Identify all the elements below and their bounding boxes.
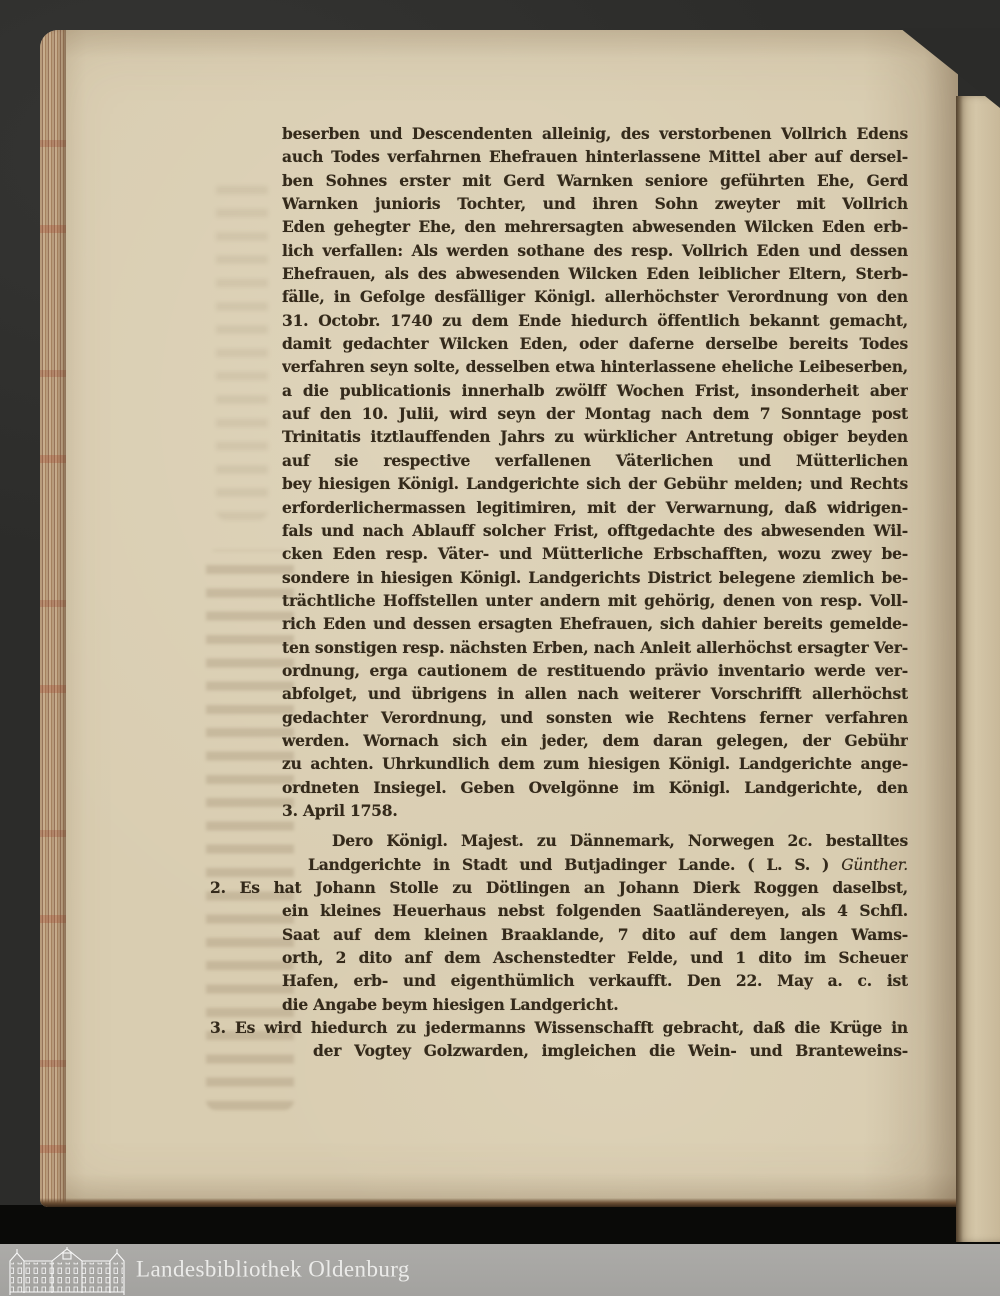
seal-mark: ( L. S. )	[747, 855, 829, 874]
text-line: Eden gehegter Ehe, den mehrersagten abwe…	[282, 215, 908, 238]
text-line: Ehefrauen, als des abwesenden Wilcken Ed…	[282, 262, 908, 285]
signature-line: Landgerichte in Stadt und Butjadinger La…	[308, 853, 908, 876]
text-line: Hafen, erb- und eigenthümlich verkaufft.…	[282, 969, 908, 992]
text-line: rich Eden und dessen ersagten Ehefrauen,…	[282, 612, 908, 635]
text-line: zu achten. Uhrkundlich dem zum hiesigen …	[282, 752, 908, 775]
entry-2-first-line: 2. Es hat Johann Stolle zu Dötlingen an …	[210, 876, 908, 899]
scan-bottom-shadow	[0, 1205, 1000, 1244]
text-line: ein kleines Heuerhaus nebst folgenden Sa…	[282, 899, 908, 922]
text-line: orth, 2 dito anf dem Aschenstedter Felde…	[282, 946, 908, 969]
book-page: beserben und Descendenten alleinig, des …	[40, 30, 958, 1207]
text-line: lich verfallen: Als werden sothane des r…	[282, 239, 908, 262]
text-line: 31. Octobr. 1740 zu dem Ende hiedurch öf…	[282, 309, 908, 332]
text-line: fals und nach Ablauff solcher Frist, off…	[282, 519, 908, 542]
entry-number: 2.	[210, 878, 226, 897]
page-bottom-edge	[40, 1198, 958, 1207]
page-fore-edge	[40, 30, 66, 1207]
signature-text: Landgerichte in Stadt und Butjadinger La…	[308, 855, 735, 874]
text-line: werden. Wornach sich ein jeder, dem dara…	[282, 729, 908, 752]
verso-showthrough	[216, 180, 268, 520]
text-line: sondere in hiesigen Königl. Landgerichts…	[282, 566, 908, 589]
entry-number: 3.	[210, 1018, 226, 1037]
text-line: Trinitatis itztlauffenden Jahrs zu würkl…	[282, 425, 908, 448]
text-line: abfolget, und übrigens in allen nach wei…	[282, 682, 908, 705]
text-line: ordnung, erga cautionem de restituendo p…	[282, 659, 908, 682]
text-line: ordneten Insiegel. Geben Ovelgönne im Kö…	[282, 776, 908, 799]
text-line: damit gedachter Wilcken Eden, oder dafer…	[282, 332, 908, 355]
signer-name: Günther.	[841, 856, 908, 874]
text-line: a die publicationis innerhalb zwölff Woc…	[282, 379, 908, 402]
entry-3-first-line: 3. Es wird hiedurch zu jedermanns Wissen…	[210, 1016, 908, 1039]
entry-text: Es wird hiedurch zu jedermanns Wissensch…	[235, 1018, 908, 1037]
text-line-dateline: 3. April 1758.	[282, 799, 908, 822]
text-line: die Angabe beym hiesigen Landgericht.	[282, 993, 908, 1016]
text-line: cken Eden resp. Väter- und Mütterliche E…	[282, 542, 908, 565]
library-name: Landesbibliothek Oldenburg	[136, 1256, 410, 1282]
text-line: gedachter Verordnung, und sonsten wie Re…	[282, 706, 908, 729]
text-line: ben Sohnes erster mit Gerd Warnken senio…	[282, 169, 908, 192]
text-line: auf sie respective verfallenen Väterlich…	[282, 449, 908, 472]
text-line: der Vogtey Golzwarden, imgleichen die We…	[313, 1039, 908, 1062]
text-line: auf den 10. Julii, wird seyn der Montag …	[282, 402, 908, 425]
text-line: ten sonstigen resp. nächsten Erben, nach…	[282, 636, 908, 659]
text-line: auch Todes verfahrnen Ehefrauen hinterla…	[282, 145, 908, 168]
entry-text: Es hat Johann Stolle zu Dötlingen an Joh…	[240, 878, 908, 897]
library-footer: Landesbibliothek Oldenburg	[0, 1244, 1000, 1296]
facing-page-gutter	[956, 96, 1000, 1242]
text-line: beserben und Descendenten alleinig, des …	[282, 122, 908, 145]
page-text-column: beserben und Descendenten alleinig, des …	[282, 122, 908, 1063]
text-line: bey hiesigen Königl. Landgerichte sich d…	[282, 472, 908, 495]
text-line: erforderlichermassen legitimiren, mit de…	[282, 496, 908, 519]
library-building-icon	[8, 1247, 126, 1295]
text-line: Saat auf dem kleinen Braaklande, 7 dito …	[282, 923, 908, 946]
text-line: Warnken junioris Tochter, und ihren Sohn…	[282, 192, 908, 215]
signature-line: Dero Königl. Majest. zu Dännemark, Norwe…	[332, 829, 908, 852]
text-line: trächtliche Hoffstellen unter andern mit…	[282, 589, 908, 612]
text-line: fälle, in Gefolge desfälliger Königl. al…	[282, 285, 908, 308]
text-line: verfahren seyn solte, desselben etwa hin…	[282, 355, 908, 378]
